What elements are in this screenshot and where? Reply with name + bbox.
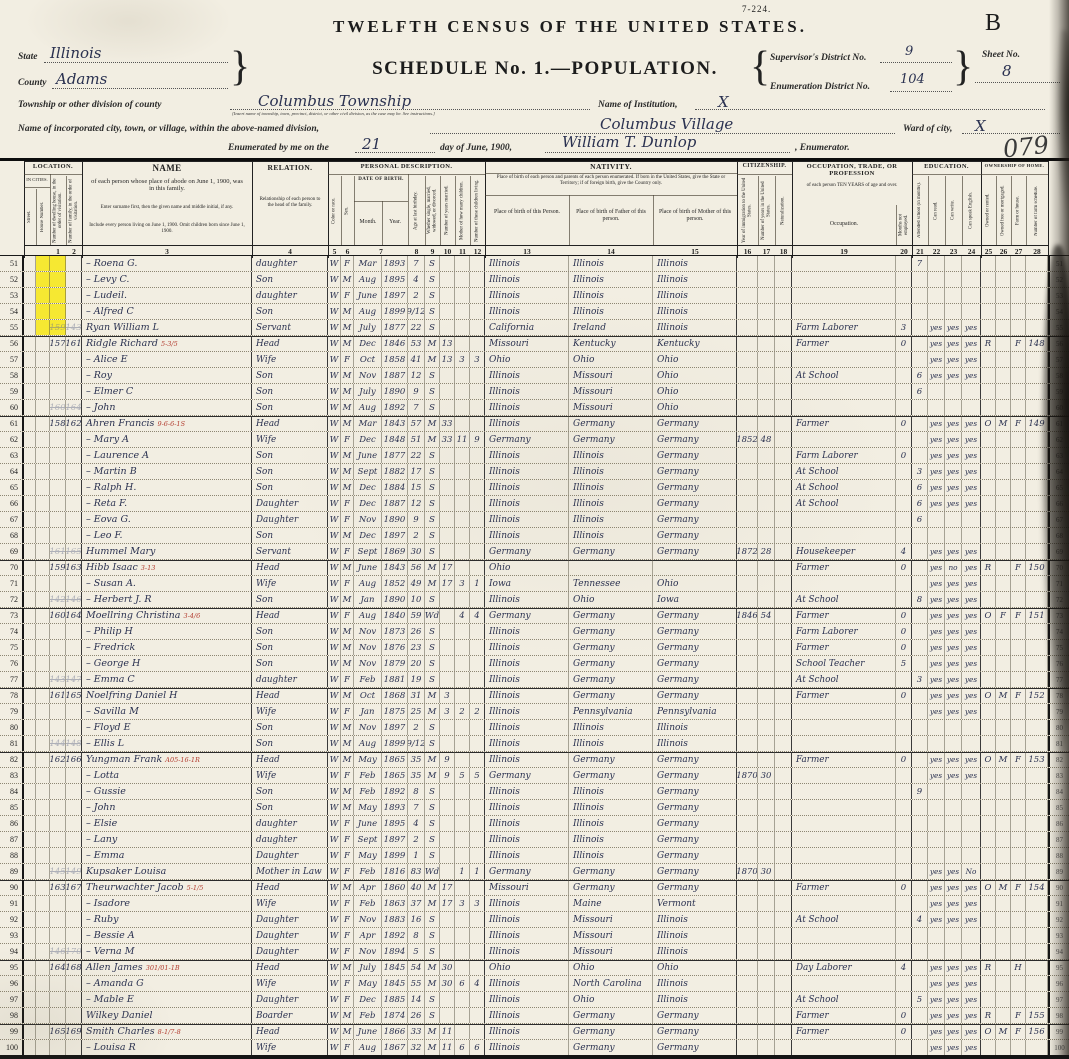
cell-yrsm <box>440 320 455 335</box>
line-number: 80 <box>0 720 24 735</box>
column-header: Number of family, in the order of visita… <box>66 176 82 245</box>
cell-owned <box>981 896 996 911</box>
handwritten-entry: 1882 <box>384 467 406 477</box>
cell-pobf: Missouri <box>569 912 653 927</box>
handwritten-entry: Dec <box>359 499 376 509</box>
handwritten-entry: W <box>330 739 339 749</box>
handwritten-entry: Illinois <box>657 275 688 285</box>
cell-write <box>945 304 962 319</box>
cell-farmno <box>1026 704 1048 719</box>
red-annotation: 9-6-6-1S <box>157 420 185 428</box>
red-annotation: 3-4/6 <box>183 612 200 620</box>
handwritten-entry: F <box>344 1043 350 1053</box>
handwritten-entry: M <box>428 691 437 701</box>
cell-pobm: Germany <box>653 816 737 831</box>
column-header: Number of years married. <box>440 176 455 245</box>
cell-street <box>24 880 36 895</box>
cell-street <box>24 928 36 943</box>
cell-imm <box>737 992 758 1007</box>
handwritten-entry: Illinois <box>489 467 520 477</box>
handwritten-entry: 162 <box>50 755 66 765</box>
census-row: 89145149Kupsaker LouisaMother in LawWFFe… <box>0 864 1069 880</box>
cell-pobm: Germany <box>653 496 737 511</box>
handwritten-entry: yes <box>930 1027 942 1036</box>
cell-living <box>470 832 485 847</box>
cell-read <box>928 944 945 959</box>
line-number-right: 74 <box>1048 624 1069 639</box>
grid-line <box>24 161 1048 162</box>
handwritten-entry: Illinois <box>489 387 520 397</box>
cell-munemp: 0 <box>896 560 912 575</box>
grid-line <box>252 161 253 258</box>
handwritten-entry: 1879 <box>384 659 406 669</box>
cell-farm <box>1011 832 1026 847</box>
cell-pob: Germany <box>485 864 569 879</box>
handwritten-entry: Wilkey Daniel <box>86 1010 153 1021</box>
cell-farm <box>1011 912 1026 927</box>
handwritten-entry: Son <box>256 643 273 653</box>
line-number: 78 <box>0 688 24 703</box>
cell-age: 7 <box>408 256 425 271</box>
cell-month: Feb <box>354 768 382 783</box>
handwritten-entry: 11 <box>442 1027 453 1037</box>
cell-owned <box>981 624 996 639</box>
cell-house <box>36 848 50 863</box>
cell-owned <box>981 720 996 735</box>
handwritten-entry: Jan <box>361 595 375 605</box>
handwritten-entry: 41 <box>411 355 422 365</box>
handwritten-entry: 3 <box>474 355 479 365</box>
cell-marital: S <box>425 544 440 559</box>
red-annotation: 3-13 <box>141 564 156 572</box>
cell-pobf: Germany <box>569 1024 653 1039</box>
handwritten-entry: Head <box>256 419 280 429</box>
cell-munemp <box>896 464 912 479</box>
cell-family <box>66 272 82 287</box>
handwritten-entry: yes <box>930 707 942 716</box>
cell-write: yes <box>945 416 962 431</box>
cell-yrsm <box>440 464 455 479</box>
cell-month: Nov <box>354 368 382 383</box>
handwritten-entry: 1894 <box>384 947 406 957</box>
cell-farm <box>1011 464 1026 479</box>
cell-living: 3 <box>470 352 485 367</box>
cell-school: 3 <box>912 464 928 479</box>
cell-month: Dec <box>354 992 382 1007</box>
cell-farmno: 149 <box>1026 416 1048 431</box>
cell-farmno <box>1026 256 1048 271</box>
cell-farmno <box>1026 992 1048 1007</box>
cell-marital: S <box>425 272 440 287</box>
cell-munemp: 4 <box>896 544 912 559</box>
handwritten-entry: Aug <box>359 579 376 589</box>
cell-school <box>912 560 928 575</box>
handwritten-entry: – Ruby <box>86 914 119 925</box>
handwritten-entry: S <box>429 995 435 1005</box>
cell-family <box>66 352 82 367</box>
handwritten-entry: Nov <box>359 371 376 381</box>
cell-dwell: 161 <box>50 688 66 703</box>
handwritten-entry: Kupsaker Louisa <box>86 866 166 877</box>
handwritten-entry: M <box>428 419 437 429</box>
cell-pobm: Illinois <box>653 976 737 991</box>
cell-yrsus <box>758 384 775 399</box>
cell-street <box>24 368 36 383</box>
handwritten-entry: Missouri <box>573 915 613 925</box>
handwritten-entry: – Elmer C <box>86 386 133 397</box>
cell-mother <box>455 1008 470 1023</box>
cell-yrsus <box>758 736 775 751</box>
cell-name: – Herbert J. R <box>82 592 252 607</box>
table-body: 51– Roena G.daughterWFMar18937SIllinoisI… <box>0 255 1069 1058</box>
handwritten-entry: Illinois <box>489 531 520 541</box>
cell-pob: Illinois <box>485 384 569 399</box>
cell-pobf: Illinois <box>569 816 653 831</box>
line-number-right: 70 <box>1048 560 1069 575</box>
handwritten-entry: F <box>344 435 350 445</box>
cell-school: 8 <box>912 592 928 607</box>
cell-family <box>66 720 82 735</box>
handwritten-entry: Illinois <box>573 835 604 845</box>
ward-label: Ward of city, <box>903 124 952 134</box>
cell-farmno <box>1026 928 1048 943</box>
cell-yrsus <box>758 832 775 847</box>
cell-family: 162 <box>66 416 82 431</box>
handwritten-entry: Germany <box>573 1027 615 1037</box>
cell-name: – Verna M <box>82 944 252 959</box>
handwritten-entry: R <box>985 963 991 973</box>
cell-english <box>962 512 981 527</box>
handwritten-entry: M <box>428 899 437 909</box>
line-number: 91 <box>0 896 24 911</box>
handwritten-entry: Dec <box>359 531 376 541</box>
handwritten-entry: Oct <box>360 355 375 365</box>
underline <box>355 152 435 153</box>
cell-living <box>470 272 485 287</box>
cell-pobm: Ohio <box>653 576 737 591</box>
line-number: 71 <box>0 576 24 591</box>
handwritten-entry: Missouri <box>489 883 529 893</box>
cell-munemp <box>896 704 912 719</box>
handwritten-entry: 9 <box>444 771 449 781</box>
cell-month: Oct <box>354 352 382 367</box>
cell-dwell <box>50 784 66 799</box>
line-number-right: 62 <box>1048 432 1069 447</box>
cell-marital: S <box>425 928 440 943</box>
cell-farm: F <box>1011 608 1026 623</box>
handwritten-entry: W <box>330 627 339 637</box>
cell-occ <box>792 400 896 415</box>
cell-name: – Leo F. <box>82 528 252 543</box>
cell-read <box>928 272 945 287</box>
handwritten-entry: S <box>429 259 435 269</box>
cell-year: 1895 <box>382 816 408 831</box>
cell-occ <box>792 352 896 367</box>
cell-sex: F <box>341 432 354 447</box>
handwritten-entry: 0 <box>901 339 906 349</box>
handwritten-entry: M <box>428 563 437 573</box>
cell-occ <box>792 832 896 847</box>
cell-dwell <box>50 816 66 831</box>
cell-color: W <box>328 368 341 383</box>
handwritten-entry: – Lany <box>86 834 117 845</box>
cell-english: yes <box>962 352 981 367</box>
cell-farmno <box>1026 816 1048 831</box>
handwritten-entry: 0 <box>901 611 906 621</box>
cell-school <box>912 800 928 815</box>
cell-pobf: Illinois <box>569 528 653 543</box>
cell-farm: F <box>1011 336 1026 351</box>
cell-yrsm <box>440 992 455 1007</box>
cell-year: 1879 <box>382 656 408 671</box>
cell-nat <box>775 528 792 543</box>
table-header: LOCATION.IN CITIES.Street.House Number.N… <box>0 158 1069 258</box>
handwritten-entry: W <box>330 595 339 605</box>
handwritten-entry: At School <box>796 483 839 493</box>
cell-month: Feb <box>354 784 382 799</box>
handwritten-entry: June <box>358 1027 377 1037</box>
cell-sex: F <box>341 864 354 879</box>
cell-living <box>470 496 485 511</box>
handwritten-entry: Head <box>256 883 280 893</box>
cell-relation: daughter <box>252 672 328 687</box>
cell-dwell: 164 <box>50 960 66 975</box>
handwritten-entry: 3 <box>459 899 464 909</box>
cell-house <box>36 800 50 815</box>
handwritten-entry: yes <box>930 563 942 572</box>
line-number: 75 <box>0 640 24 655</box>
handwritten-entry: Germany <box>657 819 699 829</box>
cell-yrsm: 30 <box>440 976 455 991</box>
cell-pobm: Germany <box>653 832 737 847</box>
cell-dwell: 162 <box>50 752 66 767</box>
handwritten-entry: Germany <box>657 883 699 893</box>
handwritten-entry: 1867 <box>384 1043 406 1053</box>
cell-name: Wilkey Daniel <box>82 1008 252 1023</box>
cell-english: yes <box>962 1024 981 1039</box>
cell-month: Jan <box>354 592 382 607</box>
cell-living <box>470 544 485 559</box>
handwritten-entry: Daughter <box>256 499 298 509</box>
cell-munemp: 0 <box>896 336 912 351</box>
handwritten-entry: 165 <box>66 547 82 557</box>
handwritten-entry: Illinois <box>489 307 520 317</box>
cell-color: W <box>328 336 341 351</box>
cell-relation: Wife <box>252 576 328 591</box>
handwritten-entry: – John <box>86 802 116 813</box>
handwritten-entry: July <box>359 387 375 397</box>
cell-pob: Illinois <box>485 752 569 767</box>
cell-yrsus <box>758 672 775 687</box>
handwritten-entry: Son <box>256 803 273 813</box>
cell-english: yes <box>962 624 981 639</box>
handwritten-entry: Illinois <box>489 835 520 845</box>
handwritten-entry: Illinois <box>489 291 520 301</box>
line-number: 59 <box>0 384 24 399</box>
cell-school: 5 <box>912 992 928 1007</box>
line-number-right: 54 <box>1048 304 1069 319</box>
cell-age: 30 <box>408 544 425 559</box>
cell-marital: M <box>425 560 440 575</box>
cell-nat <box>775 496 792 511</box>
line-number: 69 <box>0 544 24 559</box>
cell-farm <box>1011 864 1026 879</box>
underline <box>975 82 1060 83</box>
cell-dwell: 161 <box>50 544 66 559</box>
census-row: 82162166Yungman FrankA05-16-1RHeadWMMay1… <box>0 752 1069 768</box>
cell-english: yes <box>962 448 981 463</box>
cell-house <box>36 576 50 591</box>
cell-family <box>66 368 82 383</box>
cell-write <box>945 928 962 943</box>
cell-year: 1843 <box>382 416 408 431</box>
handwritten-entry: 164 <box>66 403 82 413</box>
cell-age: 2 <box>408 832 425 847</box>
handwritten-entry: Dec <box>359 483 376 493</box>
line-number: 55 <box>0 320 24 335</box>
cell-sex: F <box>341 928 354 943</box>
handwritten-entry: Illinois <box>657 307 688 317</box>
cell-write: yes <box>945 864 962 879</box>
cell-house <box>36 528 50 543</box>
cell-pob: Illinois <box>485 1040 569 1055</box>
cell-mother <box>455 368 470 383</box>
handwritten-entry: Head <box>256 1027 280 1037</box>
handwritten-entry: Farmer <box>796 643 829 653</box>
cell-year: 1882 <box>382 464 408 479</box>
cell-occ: School Teacher <box>792 656 896 671</box>
line-number: 76 <box>0 656 24 671</box>
handwritten-entry: June <box>358 451 377 461</box>
cell-house <box>36 1040 50 1055</box>
cell-color: W <box>328 512 341 527</box>
cell-year: 1885 <box>382 992 408 1007</box>
handwritten-entry: W <box>330 483 339 493</box>
handwritten-entry: S <box>429 627 435 637</box>
cell-pobm: Illinois <box>653 304 737 319</box>
cell-house <box>36 368 50 383</box>
census-row: 51– Roena G.daughterWFMar18937SIllinoisI… <box>0 256 1069 272</box>
handwritten-entry: 1897 <box>384 723 406 733</box>
cell-living <box>470 720 485 735</box>
cell-mother <box>455 656 470 671</box>
handwritten-entry: Tennessee <box>573 579 620 589</box>
cell-school <box>912 304 928 319</box>
cell-relation: Son <box>252 304 328 319</box>
cell-yrsus <box>758 992 775 1007</box>
handwritten-entry: yes <box>947 899 959 908</box>
cell-farmno <box>1026 304 1048 319</box>
cell-family: 161 <box>66 336 82 351</box>
handwritten-entry: Germany <box>657 851 699 861</box>
handwritten-entry: – Fredrick <box>86 642 135 653</box>
handwritten-entry: yes <box>947 883 959 892</box>
cell-year: 1845 <box>382 960 408 975</box>
cell-mother <box>455 304 470 319</box>
handwritten-entry: 9/12 <box>408 307 425 317</box>
column-header: EDUCATION. <box>912 163 981 170</box>
cell-owned <box>981 944 996 959</box>
cell-street <box>24 448 36 463</box>
cell-farmno: 151 <box>1026 608 1048 623</box>
cell-owned <box>981 784 996 799</box>
cell-munemp: 3 <box>896 320 912 335</box>
cell-relation: daughter <box>252 288 328 303</box>
cell-age: 15 <box>408 480 425 495</box>
cell-munemp <box>896 976 912 991</box>
cell-marital: M <box>425 432 440 447</box>
cell-munemp <box>896 1040 912 1055</box>
cell-pob: Illinois <box>485 736 569 751</box>
cell-mother <box>455 672 470 687</box>
handwritten-entry: W <box>330 419 339 429</box>
cell-living: 1 <box>470 864 485 879</box>
handwritten-entry: F <box>344 995 350 1005</box>
cell-imm <box>737 256 758 271</box>
cell-occ <box>792 800 896 815</box>
handwritten-entry: 1892 <box>384 787 406 797</box>
handwritten-entry: Illinois <box>573 739 604 749</box>
cell-free <box>996 1040 1011 1055</box>
census-row: 76– George HSonWMNov187920SIllinoisGerma… <box>0 656 1069 672</box>
handwritten-entry: 1870 <box>737 867 758 877</box>
underline <box>695 109 1045 110</box>
handwritten-entry: Wd <box>425 867 439 877</box>
line-number: 92 <box>0 912 24 927</box>
cell-read: yes <box>928 608 945 623</box>
handwritten-entry: Nov <box>359 915 376 925</box>
cell-imm <box>737 896 758 911</box>
cell-mother: 6 <box>455 1040 470 1055</box>
cell-relation: Daughter <box>252 928 328 943</box>
column-header: IN CITIES. <box>24 177 50 182</box>
handwritten-entry: 54 <box>761 611 772 621</box>
cell-mother <box>455 320 470 335</box>
handwritten-entry: O <box>985 1027 992 1037</box>
cell-color: W <box>328 992 341 1007</box>
cell-imm <box>737 464 758 479</box>
cell-pobm: Illinois <box>653 320 737 335</box>
cell-marital: S <box>425 672 440 687</box>
cell-mother <box>455 784 470 799</box>
handwritten-entry: 1840 <box>384 611 406 621</box>
line-number-right: 95 <box>1048 960 1069 975</box>
handwritten-entry: 16 <box>411 915 422 925</box>
cell-pobm: Illinois <box>653 272 737 287</box>
handwritten-entry: 1897 <box>384 291 406 301</box>
cell-read: yes <box>928 432 945 447</box>
red-annotation: 8-1/7-8 <box>158 1028 181 1036</box>
cell-year: 1858 <box>382 352 408 367</box>
cell-dwell <box>50 496 66 511</box>
cell-occ: Farmer <box>792 880 896 895</box>
cell-free <box>996 960 1011 975</box>
cell-street <box>24 912 36 927</box>
cell-pobm: Germany <box>653 752 737 767</box>
column-header: Place of birth of this Person. <box>487 209 567 216</box>
handwritten-entry: daughter <box>256 291 297 301</box>
handwritten-entry: 31 <box>411 691 422 701</box>
cell-free <box>996 768 1011 783</box>
cell-english <box>962 256 981 271</box>
cell-farm <box>1011 448 1026 463</box>
cell-pobm: Illinois <box>653 912 737 927</box>
cell-relation: Son <box>252 784 328 799</box>
cell-color: W <box>328 288 341 303</box>
cell-family: 163 <box>66 560 82 575</box>
column-header: Mother of how many children. <box>455 176 470 245</box>
cell-family <box>66 768 82 783</box>
